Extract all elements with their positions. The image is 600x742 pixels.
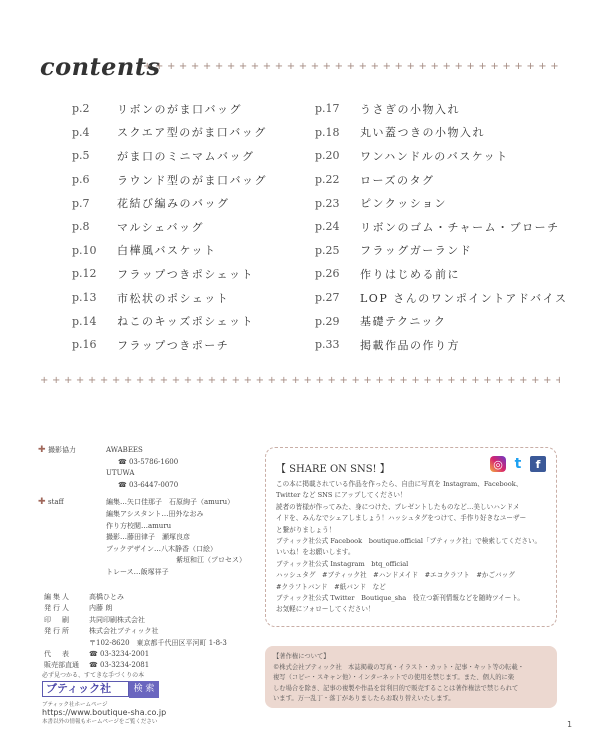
toc-item[interactable]: p.27LOP さんのワンポイントアドバイス	[315, 286, 568, 310]
divider-plus-row: ++++++++++++++++++++++++++++++++++++++++…	[40, 375, 560, 386]
toc-item[interactable]: p.8マルシェバッグ	[72, 215, 267, 239]
search-input[interactable]: ブティック社	[42, 681, 129, 697]
instagram-icon[interactable]: ◎	[490, 456, 506, 472]
toc-item[interactable]: p.33掲載作品の作り方	[315, 333, 568, 357]
search-banner: 必ず見つかる、すてきな手づくりの本 ブティック社 検 索 ブティック社ホームペー…	[42, 670, 166, 725]
homepage-link[interactable]: https://www.boutique-sha.co.jp	[42, 708, 166, 717]
toc-item[interactable]: p.29基礎テクニック	[315, 309, 568, 333]
toc-item[interactable]: p.26作りはじめる前に	[315, 262, 568, 286]
facebook-icon[interactable]: f	[530, 456, 546, 472]
toc-item[interactable]: p.20ワンハンドルのバスケット	[315, 144, 568, 168]
toc-item[interactable]: p.6ラウンド型のがま口バッグ	[72, 168, 267, 192]
toc-left: p.2リボンのがま口バッグ p.4スクエア型のがま口バッグ p.5がま口のミニマ…	[72, 97, 267, 357]
copyright-notice: 【著作権について】 ©株式会社ブティック社 本誌掲載の写真・イラスト・カット・記…	[265, 646, 557, 708]
plus-mark-icon: ✚	[38, 445, 48, 457]
toc-item[interactable]: p.14ねこのキッズポシェット	[72, 309, 267, 333]
toc-item[interactable]: p.10白樺風バスケット	[72, 239, 267, 263]
toc-item[interactable]: p.5がま口のミニマムバッグ	[72, 144, 267, 168]
toc-item[interactable]: p.13市松状のポシェット	[72, 286, 267, 310]
toc-item[interactable]: p.12フラップつきポシェット	[72, 262, 267, 286]
toc-item[interactable]: p.16フラップつきポーチ	[72, 333, 267, 357]
toc-item[interactable]: p.25フラッグガーランド	[315, 239, 568, 263]
page-number: 1	[567, 720, 572, 729]
decorative-plus-row: ++++++++++++++++++++++++++++++++++++++++	[143, 61, 559, 72]
toc-right: p.17うさぎの小物入れ p.18丸い蓋つきの小物入れ p.20ワンハンドルのバ…	[315, 97, 568, 357]
toc-item[interactable]: p.4スクエア型のがま口バッグ	[72, 121, 267, 145]
search-button[interactable]: 検 索	[129, 681, 159, 698]
sns-box: 【 SHARE ON SNS! 】 ◎ t f この本に掲載されている作品を作っ…	[265, 447, 557, 627]
publisher-info: 編集人高橋ひとみ 発行人内藤 朗 印 刷共同印刷株式会社 発行所株式会社ブティッ…	[44, 592, 227, 672]
toc-item[interactable]: p.17うさぎの小物入れ	[315, 97, 568, 121]
toc-item[interactable]: p.7花結び編みのバッグ	[72, 191, 267, 215]
credits: ✚撮影協力 AWABEES ☎ 03-5786-1600 UTUWA ☎ 03-…	[38, 445, 246, 579]
plus-mark-icon: ✚	[38, 497, 48, 509]
toc-item[interactable]: p.23ピンクッション	[315, 191, 568, 215]
toc-item[interactable]: p.18丸い蓋つきの小物入れ	[315, 121, 568, 145]
twitter-icon[interactable]: t	[510, 456, 526, 472]
toc-item[interactable]: p.24リボンのゴム・チャーム・ブローチ	[315, 215, 568, 239]
toc-item[interactable]: p.2リボンのがま口バッグ	[72, 97, 267, 121]
toc-item[interactable]: p.22ローズのタグ	[315, 168, 568, 192]
